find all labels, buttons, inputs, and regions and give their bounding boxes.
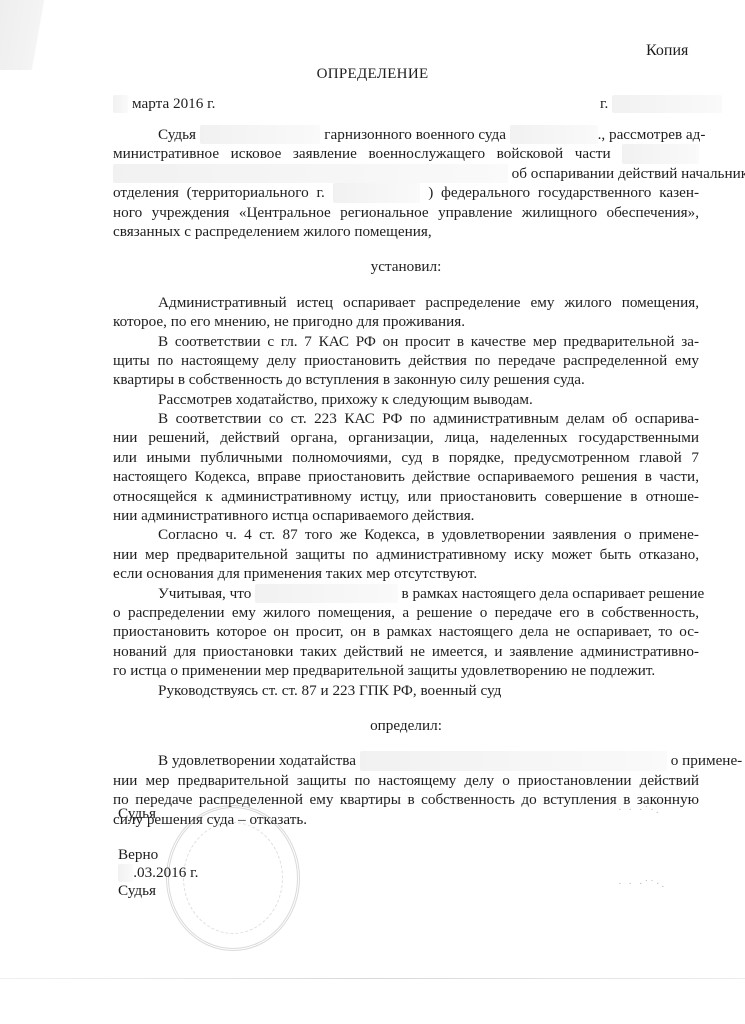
redacted-day-2: 00 bbox=[118, 864, 133, 882]
para6-line2: о распределении ему жилого помещения, а … bbox=[113, 603, 699, 622]
intro-line-1: Судья XXXXXXXXXXX гарнизонного военного … bbox=[113, 125, 699, 144]
para6-line4: нований для приостановки таких действий … bbox=[113, 642, 699, 661]
certified-date-text: .03.2016 г. bbox=[133, 864, 198, 881]
para1-line2: которое, по его мнению, не пригодно для … bbox=[113, 312, 699, 331]
document-city: г. XXXXXXXXXX bbox=[600, 95, 722, 113]
redacted-court-city: XXXXXXXX bbox=[510, 125, 598, 144]
para4-line3: или иными публичными полномочиями, суд в… bbox=[113, 448, 699, 467]
intro-line-3: XXXXXXXXXXXXXXXXXXXXXXXXXXXXXXXXXXXX об … bbox=[113, 164, 699, 183]
para7-line1: Руководствуясь ст. ст. 87 и 223 ГПК РФ, … bbox=[113, 681, 699, 700]
spacer bbox=[113, 277, 699, 293]
intro-line-6: связанных с распределением жилого помеще… bbox=[113, 222, 699, 241]
spacer bbox=[113, 700, 699, 716]
intro-text: ) федерального государственного казен- bbox=[428, 184, 699, 201]
para2-line3: квартиры в собственность до вступления в… bbox=[113, 370, 699, 389]
decision-line3: по передаче распределенной ему квартиры … bbox=[113, 790, 699, 809]
para6-line5: го истца о применении мер предварительно… bbox=[113, 661, 699, 680]
decision-line1: В удовлетворении ходатайства XXXXXXXXXXX… bbox=[113, 751, 699, 770]
document-body: Судья XXXXXXXXXXX гарнизонного военного … bbox=[113, 125, 699, 829]
judge-label: Судья bbox=[118, 805, 156, 823]
intro-text: Судья bbox=[158, 126, 196, 143]
para5-line1: Согласно ч. 4 ст. 87 того же Кодекса, в … bbox=[113, 525, 699, 544]
intro-text: министративное исковое заявление военнос… bbox=[113, 145, 611, 162]
intro-text: отделения (территориального г. bbox=[113, 184, 325, 201]
para4-line4: настоящего Кодекса, вправе приостановить… bbox=[113, 467, 699, 486]
redacted-city: XXXXXXXXXX bbox=[612, 95, 722, 113]
redacted-territory-city: XXXXXXXX bbox=[333, 183, 421, 202]
intro-text: ., рассмотрев ад- bbox=[598, 126, 706, 143]
para4-line2: нии решений, действий органа, организаци… bbox=[113, 428, 699, 447]
redacted-judge-signature-2: · · ·˙˙·. bbox=[618, 878, 666, 890]
redacted-plaintiff-name-2: XXXXXXXXXXXXX bbox=[255, 584, 398, 603]
para-text: Учитывая, что bbox=[158, 585, 251, 602]
scan-edge-shadow bbox=[0, 0, 60, 70]
para5-line3: если основания для применения таких мер … bbox=[113, 564, 699, 583]
intro-line-2: министративное исковое заявление военнос… bbox=[113, 144, 699, 163]
redacted-day: 00 bbox=[113, 95, 128, 113]
para-text: в рамках настоящего дела оспаривает реше… bbox=[402, 585, 705, 602]
certified-date: 00.03.2016 г. bbox=[118, 864, 198, 882]
para1-line1: Административный истец оспаривает распре… bbox=[113, 293, 699, 312]
para5-line2: нии мер предварительной защиты по админи… bbox=[113, 545, 699, 564]
judge-label-2: Судья bbox=[118, 882, 156, 900]
para4-line6: нии административного истца оспариваемог… bbox=[113, 506, 699, 525]
para4-line1: В соответствии со ст. 223 КАС РФ по адми… bbox=[113, 409, 699, 428]
redacted-judge-signature: · · ·˙·. bbox=[618, 804, 661, 816]
para4-line5: относящейся к административному истцу, и… bbox=[113, 487, 699, 506]
para6-line3: приостановить которое он просит, он в ра… bbox=[113, 622, 699, 641]
decision-text: о примене- bbox=[671, 752, 743, 769]
decision-text: В удовлетворении ходатайства bbox=[158, 752, 356, 769]
redacted-unit-number: XXXXXXX bbox=[622, 144, 699, 163]
section-heading-established: установил: bbox=[113, 257, 699, 276]
document-title: ОПРЕДЕЛЕНИЕ bbox=[0, 65, 745, 83]
copy-mark: Копия bbox=[646, 42, 688, 60]
para3-line1: Рассмотрев ходатайство, прихожу к следую… bbox=[113, 390, 699, 409]
para2-line1: В соответствии с гл. 7 КАС РФ он просит … bbox=[113, 332, 699, 351]
redacted-plaintiff-name-3: XXXXXXXXXXXXXXXXXXXXXXXXXXXX bbox=[360, 751, 667, 770]
spacer bbox=[113, 241, 699, 257]
spacer bbox=[113, 735, 699, 751]
para2-line2: щиты по настоящему делу приостановить де… bbox=[113, 351, 699, 370]
date-text: марта 2016 г. bbox=[132, 95, 216, 112]
intro-line-4: отделения (территориального г. XXXXXXXX … bbox=[113, 183, 699, 202]
certified-label: Верно bbox=[118, 846, 158, 864]
redacted-judge-name: XXXXXXXXXXX bbox=[200, 125, 321, 144]
para6-line1: Учитывая, что XXXXXXXXXXXXX в рамках нас… bbox=[113, 584, 699, 603]
decision-line2: нии мер предварительной защиты по настоя… bbox=[113, 771, 699, 790]
intro-text: об оспаривании действий начальника bbox=[512, 165, 745, 182]
section-heading-decided: определил: bbox=[113, 716, 699, 735]
intro-text: гарнизонного военного суда bbox=[324, 126, 506, 143]
intro-line-5: ного учреждения «Центральное регионально… bbox=[113, 203, 699, 222]
city-prefix: г. bbox=[600, 95, 608, 112]
document-date: 00 марта 2016 г. bbox=[113, 95, 215, 113]
redacted-plaintiff-name: XXXXXXXXXXXXXXXXXXXXXXXXXXXXXXXXXXXX bbox=[113, 164, 508, 183]
scan-fold-line bbox=[0, 978, 745, 979]
